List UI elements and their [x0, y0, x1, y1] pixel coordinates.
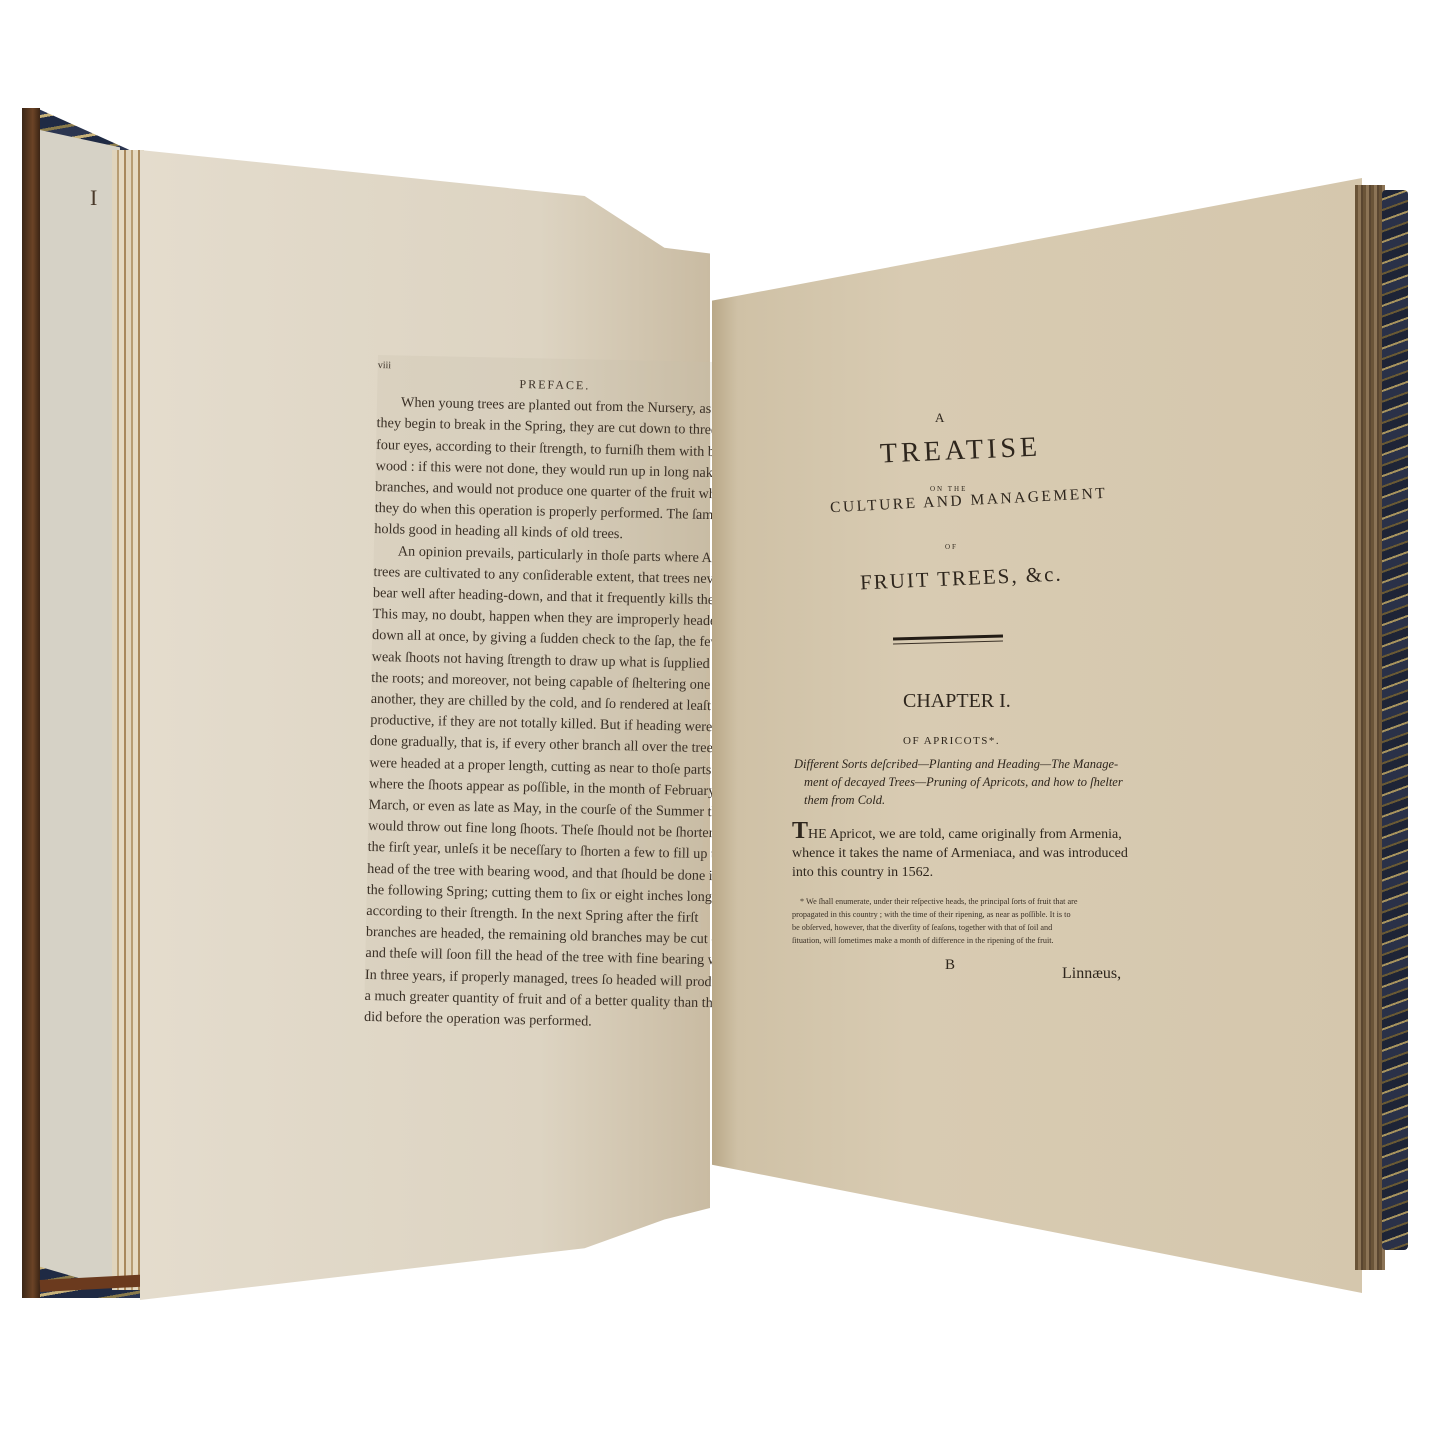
body-line: HE Apricot, we are told, came originally… [808, 827, 1122, 842]
leather-cover-edge [22, 108, 40, 1298]
photo-background: I viii PREFACE. When young trees are pla… [0, 0, 1445, 1445]
body-line-first: THE Apricot, we are told, came originall… [792, 822, 1137, 844]
hinge-folds [112, 150, 144, 1290]
summary-line: them from Cold. [794, 791, 1144, 809]
body-line: into this country in 1562. [792, 863, 1137, 882]
page-number: viii [378, 355, 392, 376]
signature-mark: B [945, 957, 955, 974]
chapter-subject: OF APRICOTS*. [903, 735, 1000, 747]
title-article: A [935, 410, 946, 426]
title-of: OF [945, 543, 958, 551]
pencil-mark: I [90, 185, 97, 211]
footnote-line: propagated in this country ; with the ti… [792, 908, 1142, 921]
footnote-line: be obſerved, however, that the diverſity… [792, 921, 1142, 934]
front-endpaper [40, 130, 120, 1290]
footnote-line: ſituation, will ſometimes make a month o… [792, 934, 1142, 947]
footnote: * We ſhall enumerate, under their reſpec… [792, 895, 1142, 947]
marbled-back-cover [1382, 190, 1408, 1250]
summary-line: ment of decayed Trees—Pruning of Apricot… [794, 773, 1144, 791]
summary-line: Different Sorts deſcribed—Planting and H… [794, 755, 1144, 773]
chapter-summary: Different Sorts deſcribed—Planting and H… [794, 755, 1144, 809]
chapter-body: THE Apricot, we are told, came originall… [792, 822, 1137, 882]
page-block-edge [1355, 185, 1385, 1270]
footnote-line: * We ſhall enumerate, under their reſpec… [792, 895, 1142, 908]
preface-text-block: viii PREFACE. When young trees are plant… [365, 355, 713, 1002]
drop-cap: T [792, 818, 808, 844]
body-line: whence it takes the name of Armeniaca, a… [792, 844, 1137, 863]
catchword: Linnæus, [1062, 965, 1121, 983]
right-page [712, 178, 1362, 1293]
chapter-heading: CHAPTER I. [903, 690, 1011, 713]
